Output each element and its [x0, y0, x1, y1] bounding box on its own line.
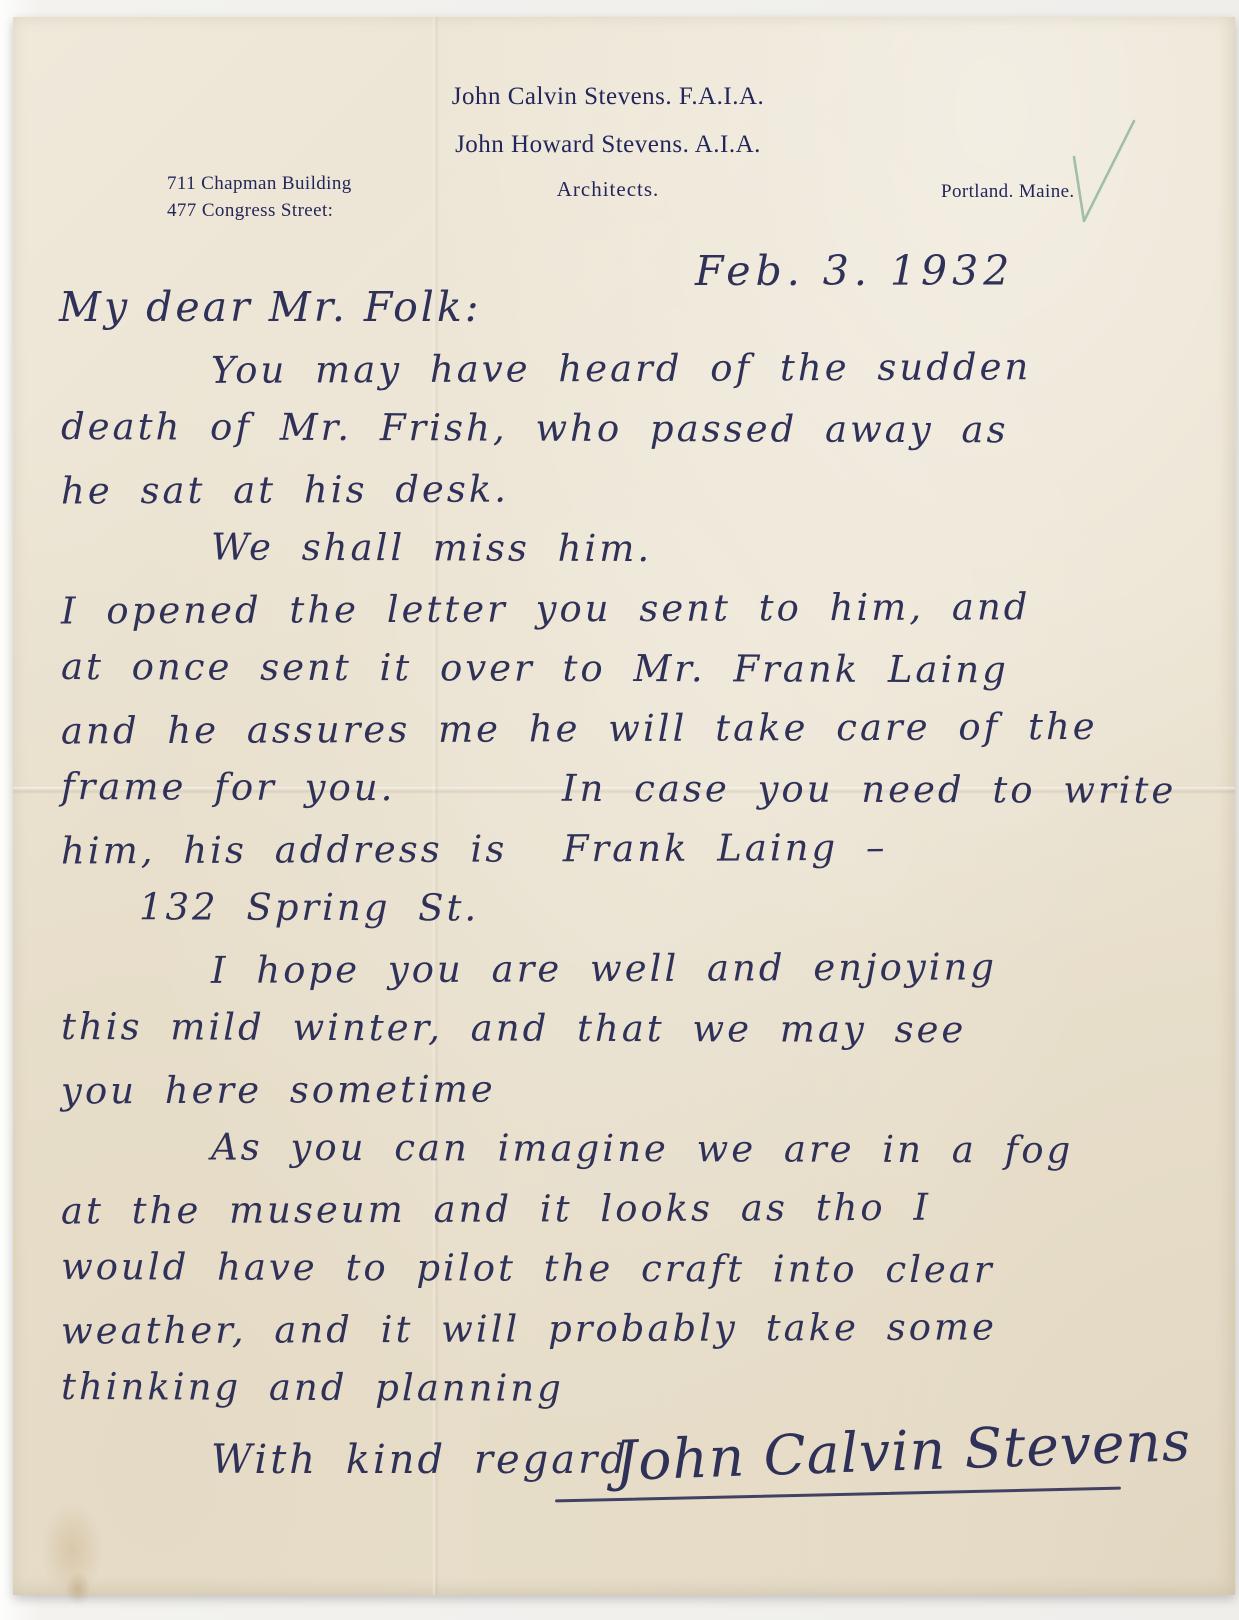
letterhead-address-line-2: 477 Congress Street:	[167, 197, 352, 224]
handwritten-line: this mild winter, and that we may see	[47, 997, 1207, 1061]
letter-closing: With kind regard	[211, 1419, 629, 1483]
letter-paper: John Calvin Stevens. F.A.I.A. John Howar…	[13, 17, 1235, 1595]
letter-date: Feb. 3. 1932	[695, 247, 1014, 295]
handwritten-line: he sat at his desk.	[47, 456, 1207, 521]
signature: John Calvin Stevens	[614, 1409, 1192, 1493]
handwritten-line: at once sent it over to Mr. Frank Laing	[47, 637, 1207, 701]
paper-stain	[65, 1572, 91, 1606]
handwritten-line: I hope you are well and enjoying	[47, 936, 1207, 1001]
letter-closing-row: With kind regard John Calvin Stevens	[211, 1419, 1191, 1483]
handwritten-line: him, his address is Frank Laing –	[47, 816, 1207, 881]
letterhead-firm-name-2: John Howard Stevens. A.I.A.	[13, 131, 1203, 159]
handwritten-line: You may have heard of the sudden	[47, 336, 1207, 401]
letter-salutation: My dear Mr. Folk:	[59, 283, 482, 331]
handwritten-line: I opened the letter you sent to him, and	[47, 576, 1207, 641]
handwritten-line: you here sometime	[47, 1056, 1207, 1121]
handwritten-line: We shall miss him.	[47, 517, 1207, 581]
handwritten-line: at the museum and it looks as tho I	[47, 1176, 1207, 1241]
letterhead-firm-name-1: John Calvin Stevens. F.A.I.A.	[13, 83, 1203, 111]
letter-body: You may have heard of the sudden death o…	[47, 339, 1207, 1419]
letterhead-address: 711 Chapman Building 477 Congress Street…	[167, 170, 352, 224]
handwritten-line: frame for you. In case you need to write	[47, 757, 1207, 821]
handwritten-line: would have to pilot the craft into clear	[47, 1237, 1207, 1301]
handwritten-line: 132 Spring St.	[47, 877, 1207, 941]
handwritten-line: and he assures me he will take care of t…	[47, 696, 1207, 761]
letterhead-address-line-1: 711 Chapman Building	[167, 170, 352, 197]
handwritten-line: As you can imagine we are in a fog	[47, 1117, 1207, 1181]
handwritten-line: death of Mr. Frish, who passed away as	[47, 397, 1207, 461]
check-mark-icon	[1048, 109, 1148, 234]
handwritten-line: thinking and planning	[47, 1357, 1207, 1421]
handwritten-line: weather, and it will probably take some	[47, 1296, 1207, 1361]
